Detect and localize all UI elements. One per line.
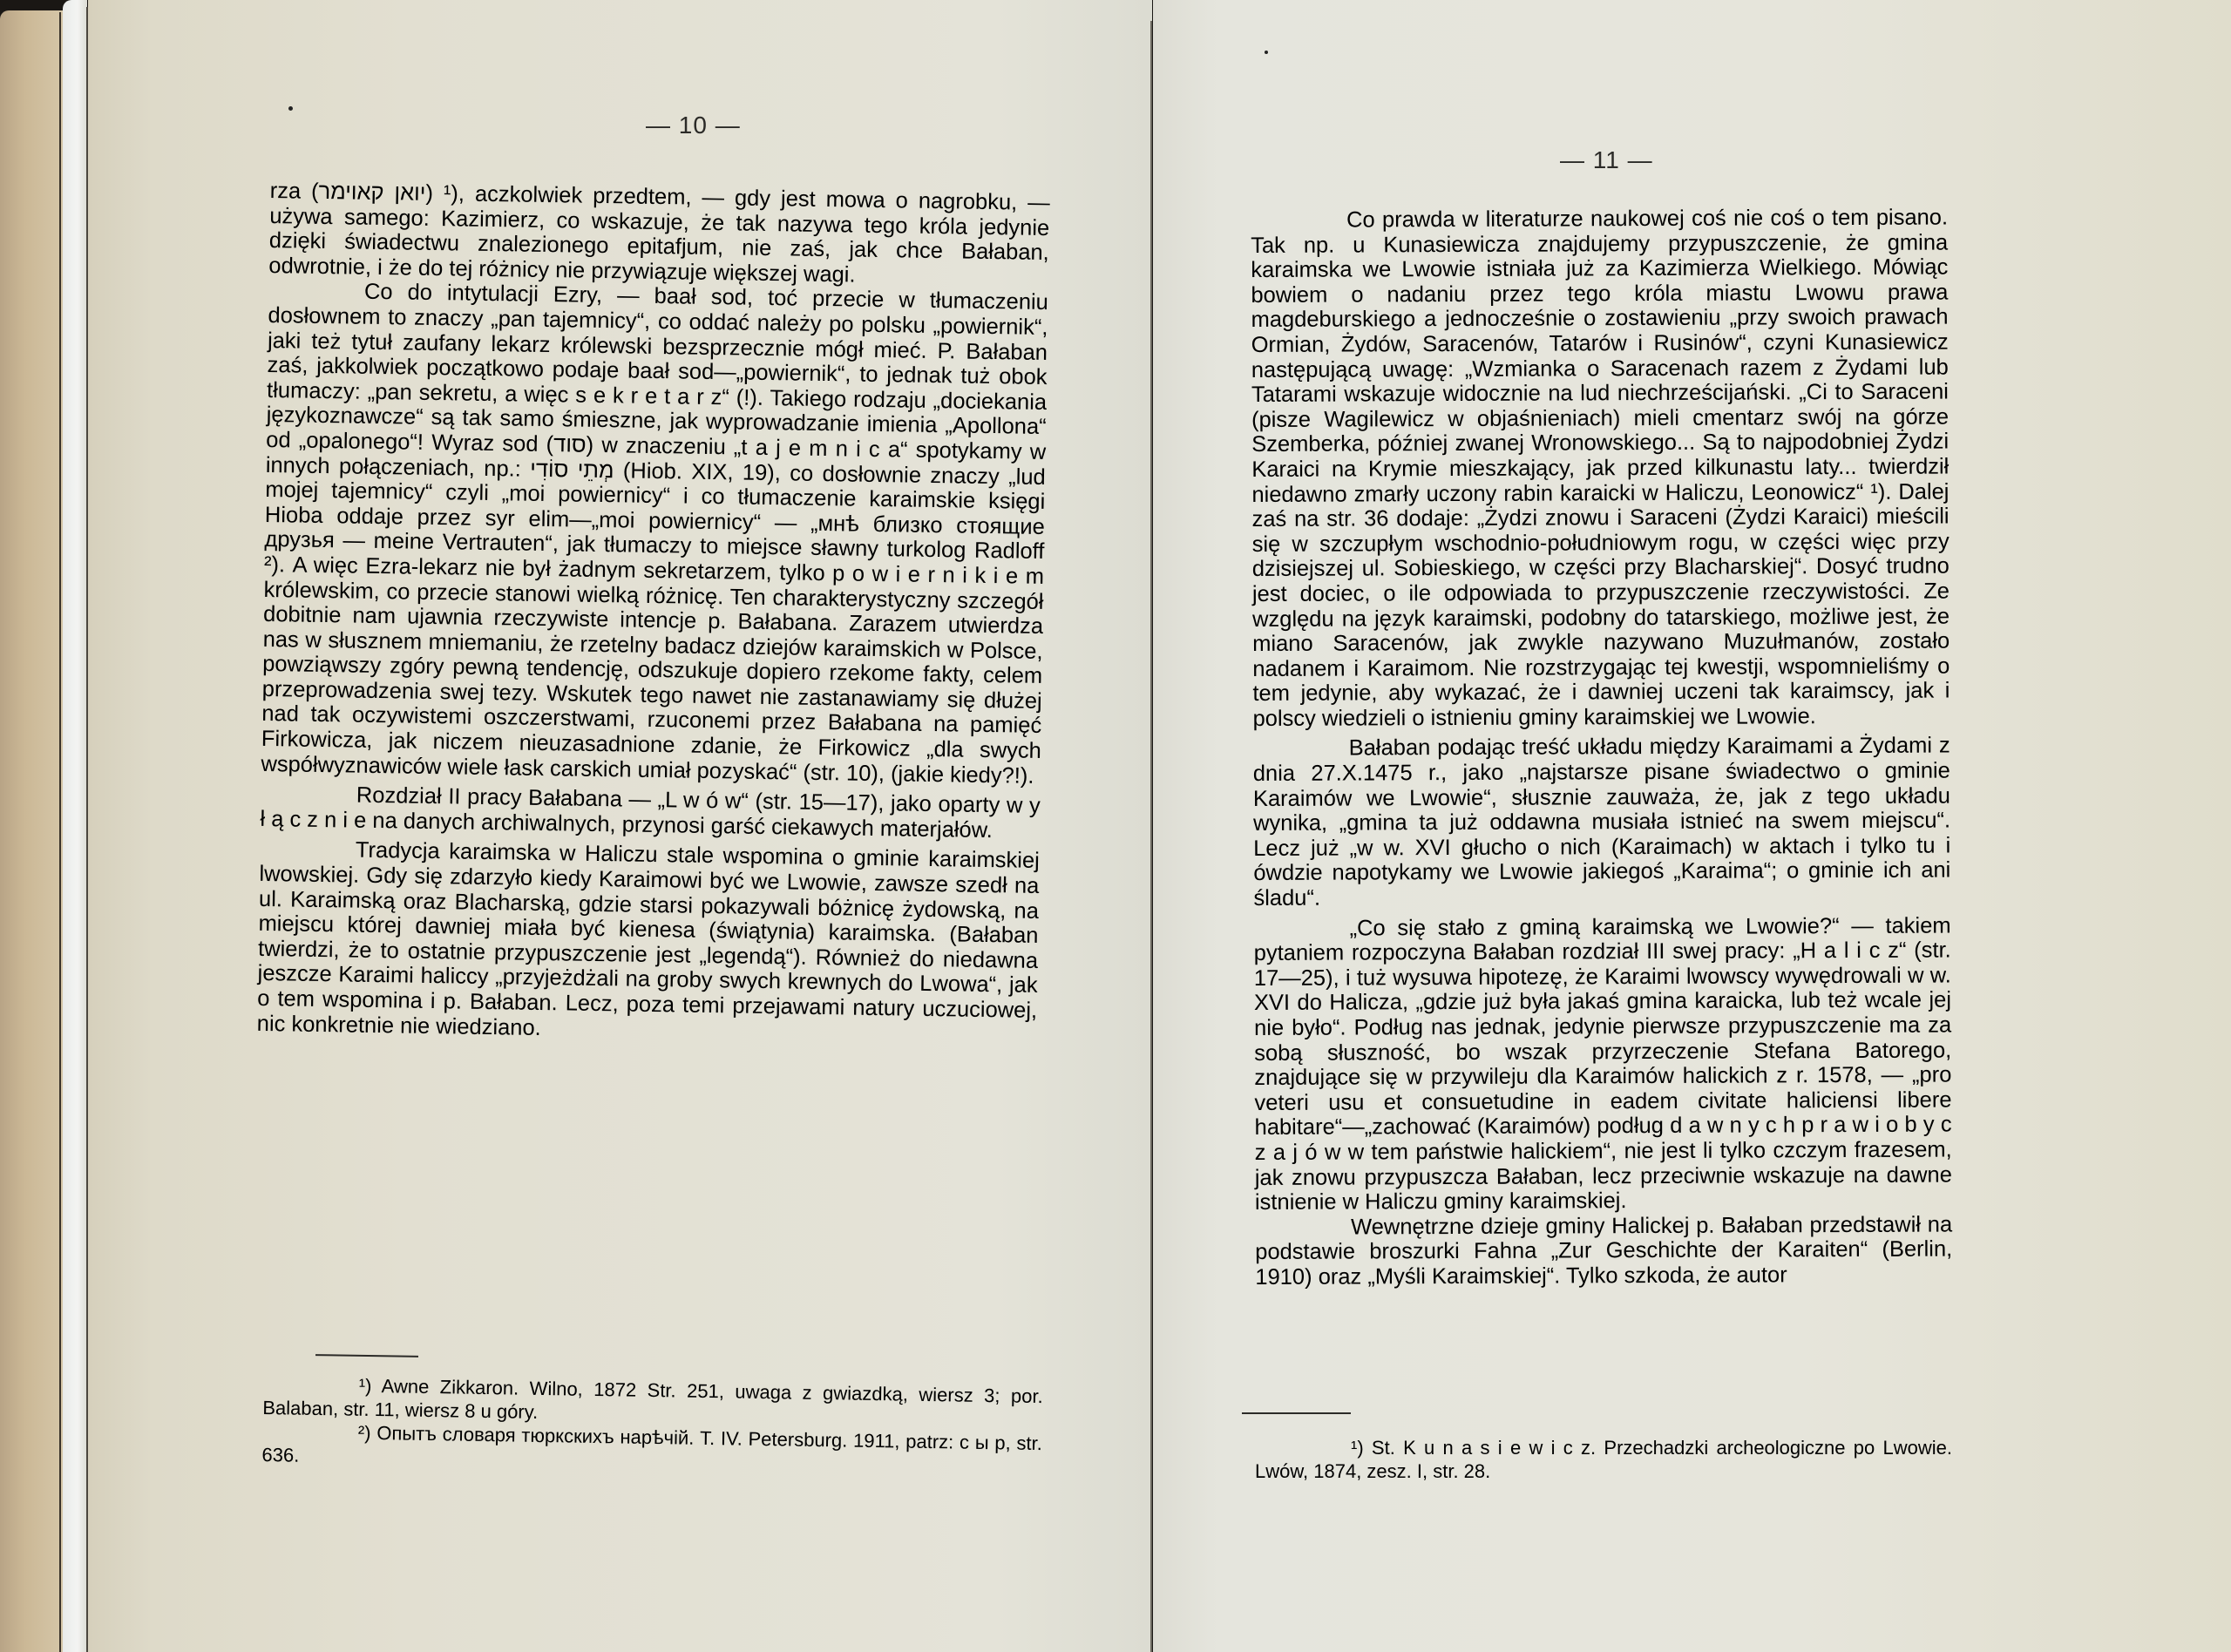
paragraph: rza (יואן קאוימר) ¹), aczkolwiek przedte…	[268, 179, 1050, 290]
footnote-rule	[1242, 1412, 1351, 1414]
footnote: ¹) St. K u n a s i e w i c z. Przechadzk…	[1255, 1436, 1952, 1483]
right-page-body: Co prawda w literaturze naukowej coś nie…	[1251, 206, 1952, 1290]
book-edge	[0, 10, 63, 1652]
page-number: — 11 —	[1560, 146, 1653, 174]
paragraph: Tradycja karaimska w Haliczu stale wspom…	[257, 836, 1040, 1048]
paragraph: Rozdział II pracy Bałabana — „L w ó w“ (…	[260, 782, 1041, 843]
left-page-body: rza (יואן קאוימר) ¹), aczkolwiek przedte…	[257, 179, 1050, 1048]
paragraph: „Co się stało z gminą karaimską we Lwowi…	[1254, 913, 1952, 1215]
paragraph: Co do intytulacji Ezry, — baał sod, toć …	[261, 278, 1048, 789]
right-page-footnotes: ¹) St. K u n a s i e w i c z. Przechadzk…	[1255, 1436, 1952, 1483]
book-gutter	[1150, 21, 1152, 1652]
book-edge-line	[59, 12, 61, 1652]
paragraph: Bałaban podając treść układu między Kara…	[1253, 734, 1951, 911]
paragraph: Co prawda w literaturze naukowej coś nie…	[1251, 206, 1950, 732]
paper-speck	[288, 106, 293, 111]
page-stack-edge	[63, 0, 87, 1652]
left-page-footnotes: ¹) Awne Zikkaron. Wilno, 1872 Str. 251, …	[261, 1372, 1043, 1479]
paper-speck	[1265, 51, 1268, 54]
paragraph: Wewnętrzne dzieje gminy Halickej p. Bała…	[1255, 1212, 1952, 1290]
page-number: — 10 —	[646, 112, 741, 139]
